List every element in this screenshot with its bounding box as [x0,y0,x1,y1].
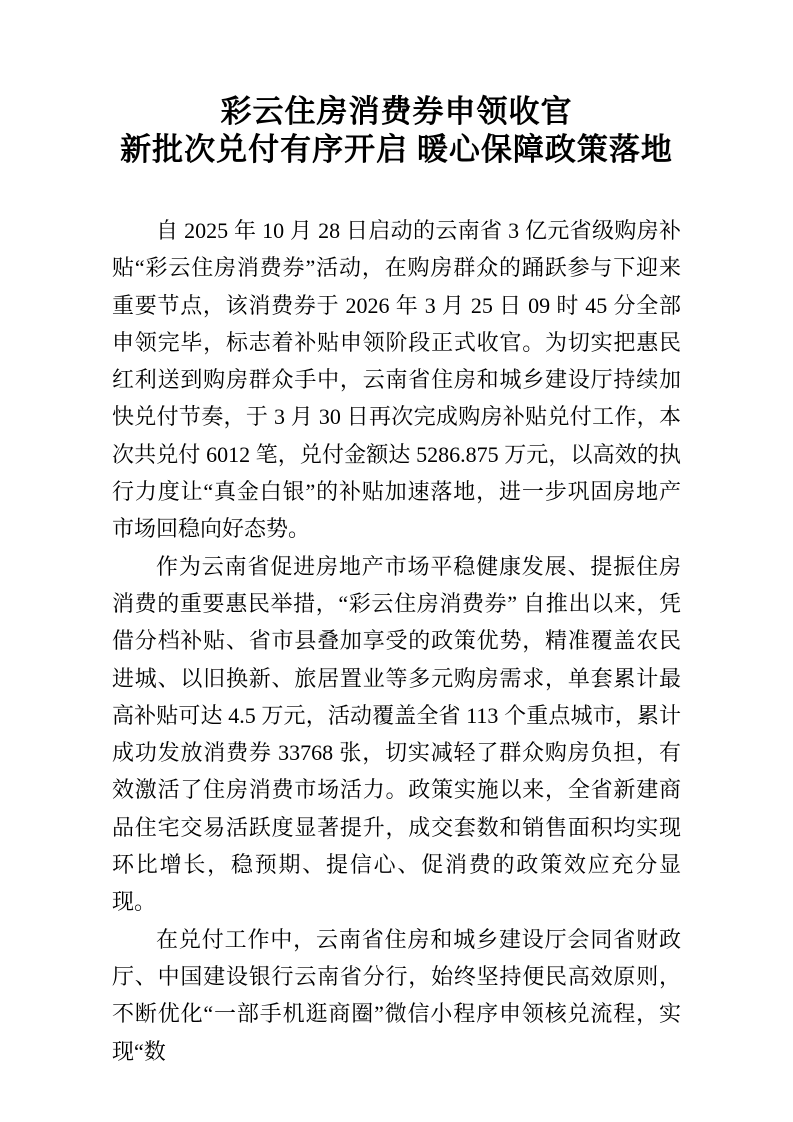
paragraph-3: 在兑付工作中，云南省住房和城乡建设厅会同省财政厅、中国建设银行云南省分行，始终坚… [112,921,681,1070]
document-page: 彩云住房消费券申领收官 新批次兑付有序开启 暖心保障政策落地 自 2025 年 … [0,0,793,1122]
document-title: 彩云住房消费券申领收官 新批次兑付有序开启 暖心保障政策落地 [112,93,681,169]
paragraph-2: 作为云南省促进房地产市场平稳健康发展、提振住房消费的重要惠民举措，“彩云住房消费… [112,548,681,921]
paragraph-1: 自 2025 年 10 月 28 日启动的云南省 3 亿元省级购房补贴“彩云住房… [112,212,681,548]
title-line-2: 新批次兑付有序开启 暖心保障政策落地 [112,131,681,169]
document-body: 自 2025 年 10 月 28 日启动的云南省 3 亿元省级购房补贴“彩云住房… [112,212,681,1070]
title-line-1: 彩云住房消费券申领收官 [112,93,681,131]
